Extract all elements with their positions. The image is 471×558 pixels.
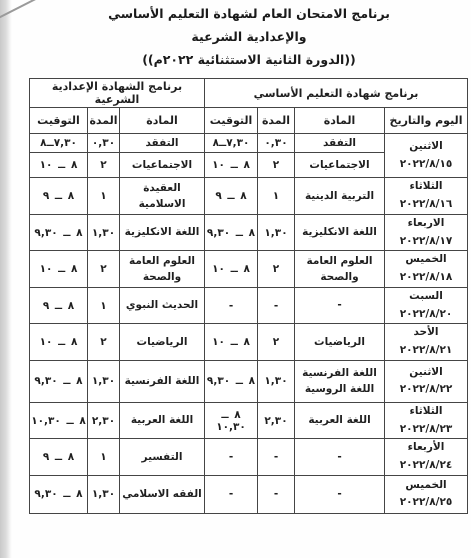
schedule-table-container: برنامج شهادة التعليم الأساسي برنامج الشه…: [30, 78, 468, 514]
basic-subject-cell: اللغة الفرنسية اللغة الروسية: [295, 360, 385, 402]
sharia-subject-cell: الحديث النبوي: [120, 287, 205, 324]
sharia-duration-cell: ٢: [88, 153, 120, 178]
basic-subject-cell: التربية الدينية: [295, 178, 385, 215]
sharia-timing-cell: ٨ ــ ١٠: [29, 153, 87, 178]
sharia-subject-cell: العلوم العامة والصحة: [120, 251, 205, 288]
sharia-subject-cell: اللغة الفرنسية: [120, 360, 205, 402]
basic-subject-cell: اللغة العربية: [295, 402, 385, 439]
basic-subject-cell: -: [295, 439, 385, 476]
day-name: السبت: [386, 289, 466, 305]
basic-duration-cell: ١,٣٠: [258, 360, 295, 402]
sharia-subject-cell: العقيدة الاسلامية: [120, 178, 205, 215]
sharia-timing-cell: ٨ ــ ١٠: [29, 251, 87, 288]
schedule-row: الاربعاء٢٠٢٢/٨/١٧اللغة الانكليزية١,٣٠٨ ـ…: [29, 214, 467, 251]
day-date: ٢٠٢٢/٨/١٨: [386, 270, 466, 286]
sharia-duration-cell: ١,٣٠: [88, 475, 120, 513]
basic-duration-cell: ١: [258, 178, 295, 215]
basic-subject-cell: الرياضيات: [295, 324, 385, 361]
sharia-timing-cell: ٨ ــ ٩: [29, 178, 87, 215]
day-date-cell: الاثنين٢٠٢٢/٨/٢٢: [385, 360, 468, 402]
day-name: الأربعاء: [386, 440, 466, 456]
basic-timing-cell: ٨ ــ ١٠: [205, 153, 258, 178]
sharia-duration-cell: ١,٣٠: [88, 360, 120, 402]
schedule-row: الاثنين٢٠٢٢/٨/١٥التفقد٠,٣٠٧,٣٠ــ٨التفقد٠…: [29, 134, 467, 153]
day-date-cell: السبت٢٠٢٢/٨/٢٠: [385, 287, 468, 324]
day-name: الاثنين: [386, 139, 466, 155]
schedule-row: الخميس٢٠٢٢/٨/١٨العلوم العامة والصحة٢٨ ــ…: [29, 251, 467, 288]
sharia-timing-cell: ٨ ــ ١٠: [29, 324, 87, 361]
program-header-row: برنامج شهادة التعليم الأساسي برنامج الشه…: [29, 79, 467, 108]
document-title-line3: ((الدورة الثانية الاستثنائية ٢٠٢٢م)): [30, 52, 468, 68]
sharia-duration-cell: ٠,٣٠: [88, 134, 120, 153]
exam-schedule-table: برنامج شهادة التعليم الأساسي برنامج الشه…: [29, 78, 468, 514]
day-name: الأحد: [386, 325, 466, 341]
basic-duration-cell: ٢: [258, 251, 295, 288]
day-date: ٢٠٢٢/٨/٢٤: [386, 458, 466, 474]
basic-timing-cell: ٨ ــ ١٠: [205, 324, 258, 361]
day-name: الثلاثاء: [386, 179, 466, 195]
basic-duration-cell: ١,٣٠: [258, 214, 295, 251]
schedule-row: الخميس٢٠٢٢/٨/٢٥---الفقه الاسلامي١,٣٠٨ ــ…: [29, 475, 467, 513]
basic-timing-cell: ٨ ــ ٩,٣٠: [205, 214, 258, 251]
day-date: ٢٠٢٢/٨/٢١: [386, 343, 466, 359]
column-header-day-date: اليوم والتاريخ: [385, 108, 468, 134]
basic-subject-cell: اللغة الانكليزية: [295, 214, 385, 251]
day-date: ٢٠٢٢/٨/١٥: [386, 157, 466, 173]
day-date-cell: الخميس٢٠٢٢/٨/١٨: [385, 251, 468, 288]
document-titles: برنامج الامتحان العام لشهادة التعليم الأ…: [30, 6, 468, 75]
day-name: الخميس: [386, 252, 466, 268]
basic-subject-cell: -: [295, 287, 385, 324]
basic-duration-cell: ٢: [258, 324, 295, 361]
schedule-row: الأحد٢٠٢٢/٨/٢١الرياضيات٢٨ ــ ١٠الرياضيات…: [29, 324, 467, 361]
basic-timing-cell: ٨ ــ ٩,٣٠: [205, 360, 258, 402]
day-date-cell: الأربعاء٢٠٢٢/٨/٢٤: [385, 439, 468, 476]
day-date-cell: الاثنين٢٠٢٢/٨/١٥: [385, 134, 468, 178]
sharia-timing-cell: ٨ ــ ٩,٣٠: [29, 360, 87, 402]
sharia-timing-cell: ٨ ــ ٩,٣٠: [29, 214, 87, 251]
day-name: الثلاثاء: [386, 404, 466, 420]
column-header-basic-duration: المدة: [258, 108, 295, 134]
schedule-row: السبت٢٠٢٢/٨/٢٠---الحديث النبوي١٨ ــ ٩: [29, 287, 467, 324]
column-header-sharia-subject: المادة: [120, 108, 205, 134]
sharia-program-header: برنامج الشهادة الإعدادية الشرعية: [29, 79, 204, 108]
day-date-cell: الثلاثاء٢٠٢٢/٨/٢٣: [385, 402, 468, 439]
day-date: ٢٠٢٢/٨/٢٣: [386, 422, 466, 438]
sharia-duration-cell: ١: [88, 439, 120, 476]
basic-timing-cell: -: [205, 475, 258, 513]
basic-timing-cell: ٨ ــ ١٠: [205, 251, 258, 288]
sharia-duration-cell: ٢: [88, 324, 120, 361]
sharia-duration-cell: ١,٣٠: [88, 214, 120, 251]
basic-program-header: برنامج شهادة التعليم الأساسي: [205, 79, 468, 108]
basic-subject-cell: العلوم العامة والصحة: [295, 251, 385, 288]
day-date: ٢٠٢٢/٨/٢٢: [386, 382, 466, 398]
basic-timing-cell: ٧,٣٠ــ٨: [205, 134, 258, 153]
basic-subject-cell: الاجتماعيات: [295, 153, 385, 178]
schedule-row: الأربعاء٢٠٢٢/٨/٢٤---التفسير١٨ ــ ٩: [29, 439, 467, 476]
sharia-subject-cell: الفقه الاسلامي: [120, 475, 205, 513]
basic-timing-cell: ٨ ــ ١٠,٣٠: [205, 402, 258, 439]
day-date: ٢٠٢٢/٨/٢٥: [386, 495, 466, 511]
day-date-cell: الثلاثاء٢٠٢٢/٨/١٦: [385, 178, 468, 215]
basic-timing-cell: -: [205, 287, 258, 324]
basic-subject-cell: -: [295, 475, 385, 513]
basic-duration-cell: ٢: [258, 153, 295, 178]
day-name: الخميس: [386, 478, 466, 494]
day-date-cell: الأحد٢٠٢٢/٨/٢١: [385, 324, 468, 361]
sharia-subject-cell: التفسير: [120, 439, 205, 476]
day-name: الاثنين: [386, 365, 466, 381]
document-title-line2: والإعدادية الشرعية: [30, 29, 468, 45]
column-header-basic-subject: المادة: [295, 108, 385, 134]
schedule-row: الاثنين٢٠٢٢/٨/٢٢اللغة الفرنسية اللغة الر…: [29, 360, 467, 402]
day-name: الاربعاء: [386, 216, 466, 232]
column-header-basic-timing: التوقيت: [205, 108, 258, 134]
day-date-cell: الاربعاء٢٠٢٢/٨/١٧: [385, 214, 468, 251]
column-header-sharia-duration: المدة: [88, 108, 120, 134]
document-title-line1: برنامج الامتحان العام لشهادة التعليم الأ…: [30, 6, 468, 22]
sharia-timing-cell: ٨ ــ ٩,٣٠: [29, 475, 87, 513]
basic-timing-cell: ٨ ــ ٩: [205, 178, 258, 215]
column-header-row: اليوم والتاريخ المادة المدة التوقيت الما…: [29, 108, 467, 134]
sharia-subject-cell: اللغة العربية: [120, 402, 205, 439]
schedule-row: الثلاثاء٢٠٢٢/٨/٢٣اللغة العربية٢,٣٠٨ ــ ١…: [29, 402, 467, 439]
sharia-duration-cell: ١: [88, 287, 120, 324]
exam-schedule-document: برنامج الامتحان العام لشهادة التعليم الأ…: [0, 0, 471, 558]
basic-timing-cell: -: [205, 439, 258, 476]
sharia-subject-cell: الاجتماعيات: [120, 153, 205, 178]
sharia-duration-cell: ٢,٣٠: [88, 402, 120, 439]
basic-duration-cell: -: [258, 439, 295, 476]
scan-edge-artifact: [0, 0, 12, 558]
sharia-timing-cell: ٨ ــ ٩: [29, 439, 87, 476]
sharia-timing-cell: ٨ ــ ١٠,٣٠: [29, 402, 87, 439]
basic-duration-cell: -: [258, 475, 295, 513]
sharia-timing-cell: ٨ ــ ٩: [29, 287, 87, 324]
basic-duration-cell: ٠,٣٠: [258, 134, 295, 153]
day-date: ٢٠٢٢/٨/٢٠: [386, 307, 466, 323]
basic-subject-cell: التفقد: [295, 134, 385, 153]
sharia-subject-cell: التفقد: [120, 134, 205, 153]
column-header-sharia-timing: التوقيت: [29, 108, 87, 134]
basic-duration-cell: ٢,٣٠: [258, 402, 295, 439]
sharia-subject-cell: الرياضيات: [120, 324, 205, 361]
sharia-timing-cell: ٧,٣٠ــ٨: [29, 134, 87, 153]
basic-duration-cell: -: [258, 287, 295, 324]
day-date-cell: الخميس٢٠٢٢/٨/٢٥: [385, 475, 468, 513]
sharia-duration-cell: ٢: [88, 251, 120, 288]
schedule-row: الثلاثاء٢٠٢٢/٨/١٦التربية الدينية١٨ ــ ٩ا…: [29, 178, 467, 215]
sharia-subject-cell: اللغة الانكليزية: [120, 214, 205, 251]
day-date: ٢٠٢٢/٨/١٧: [386, 234, 466, 250]
sharia-duration-cell: ١: [88, 178, 120, 215]
day-date: ٢٠٢٢/٨/١٦: [386, 197, 466, 213]
